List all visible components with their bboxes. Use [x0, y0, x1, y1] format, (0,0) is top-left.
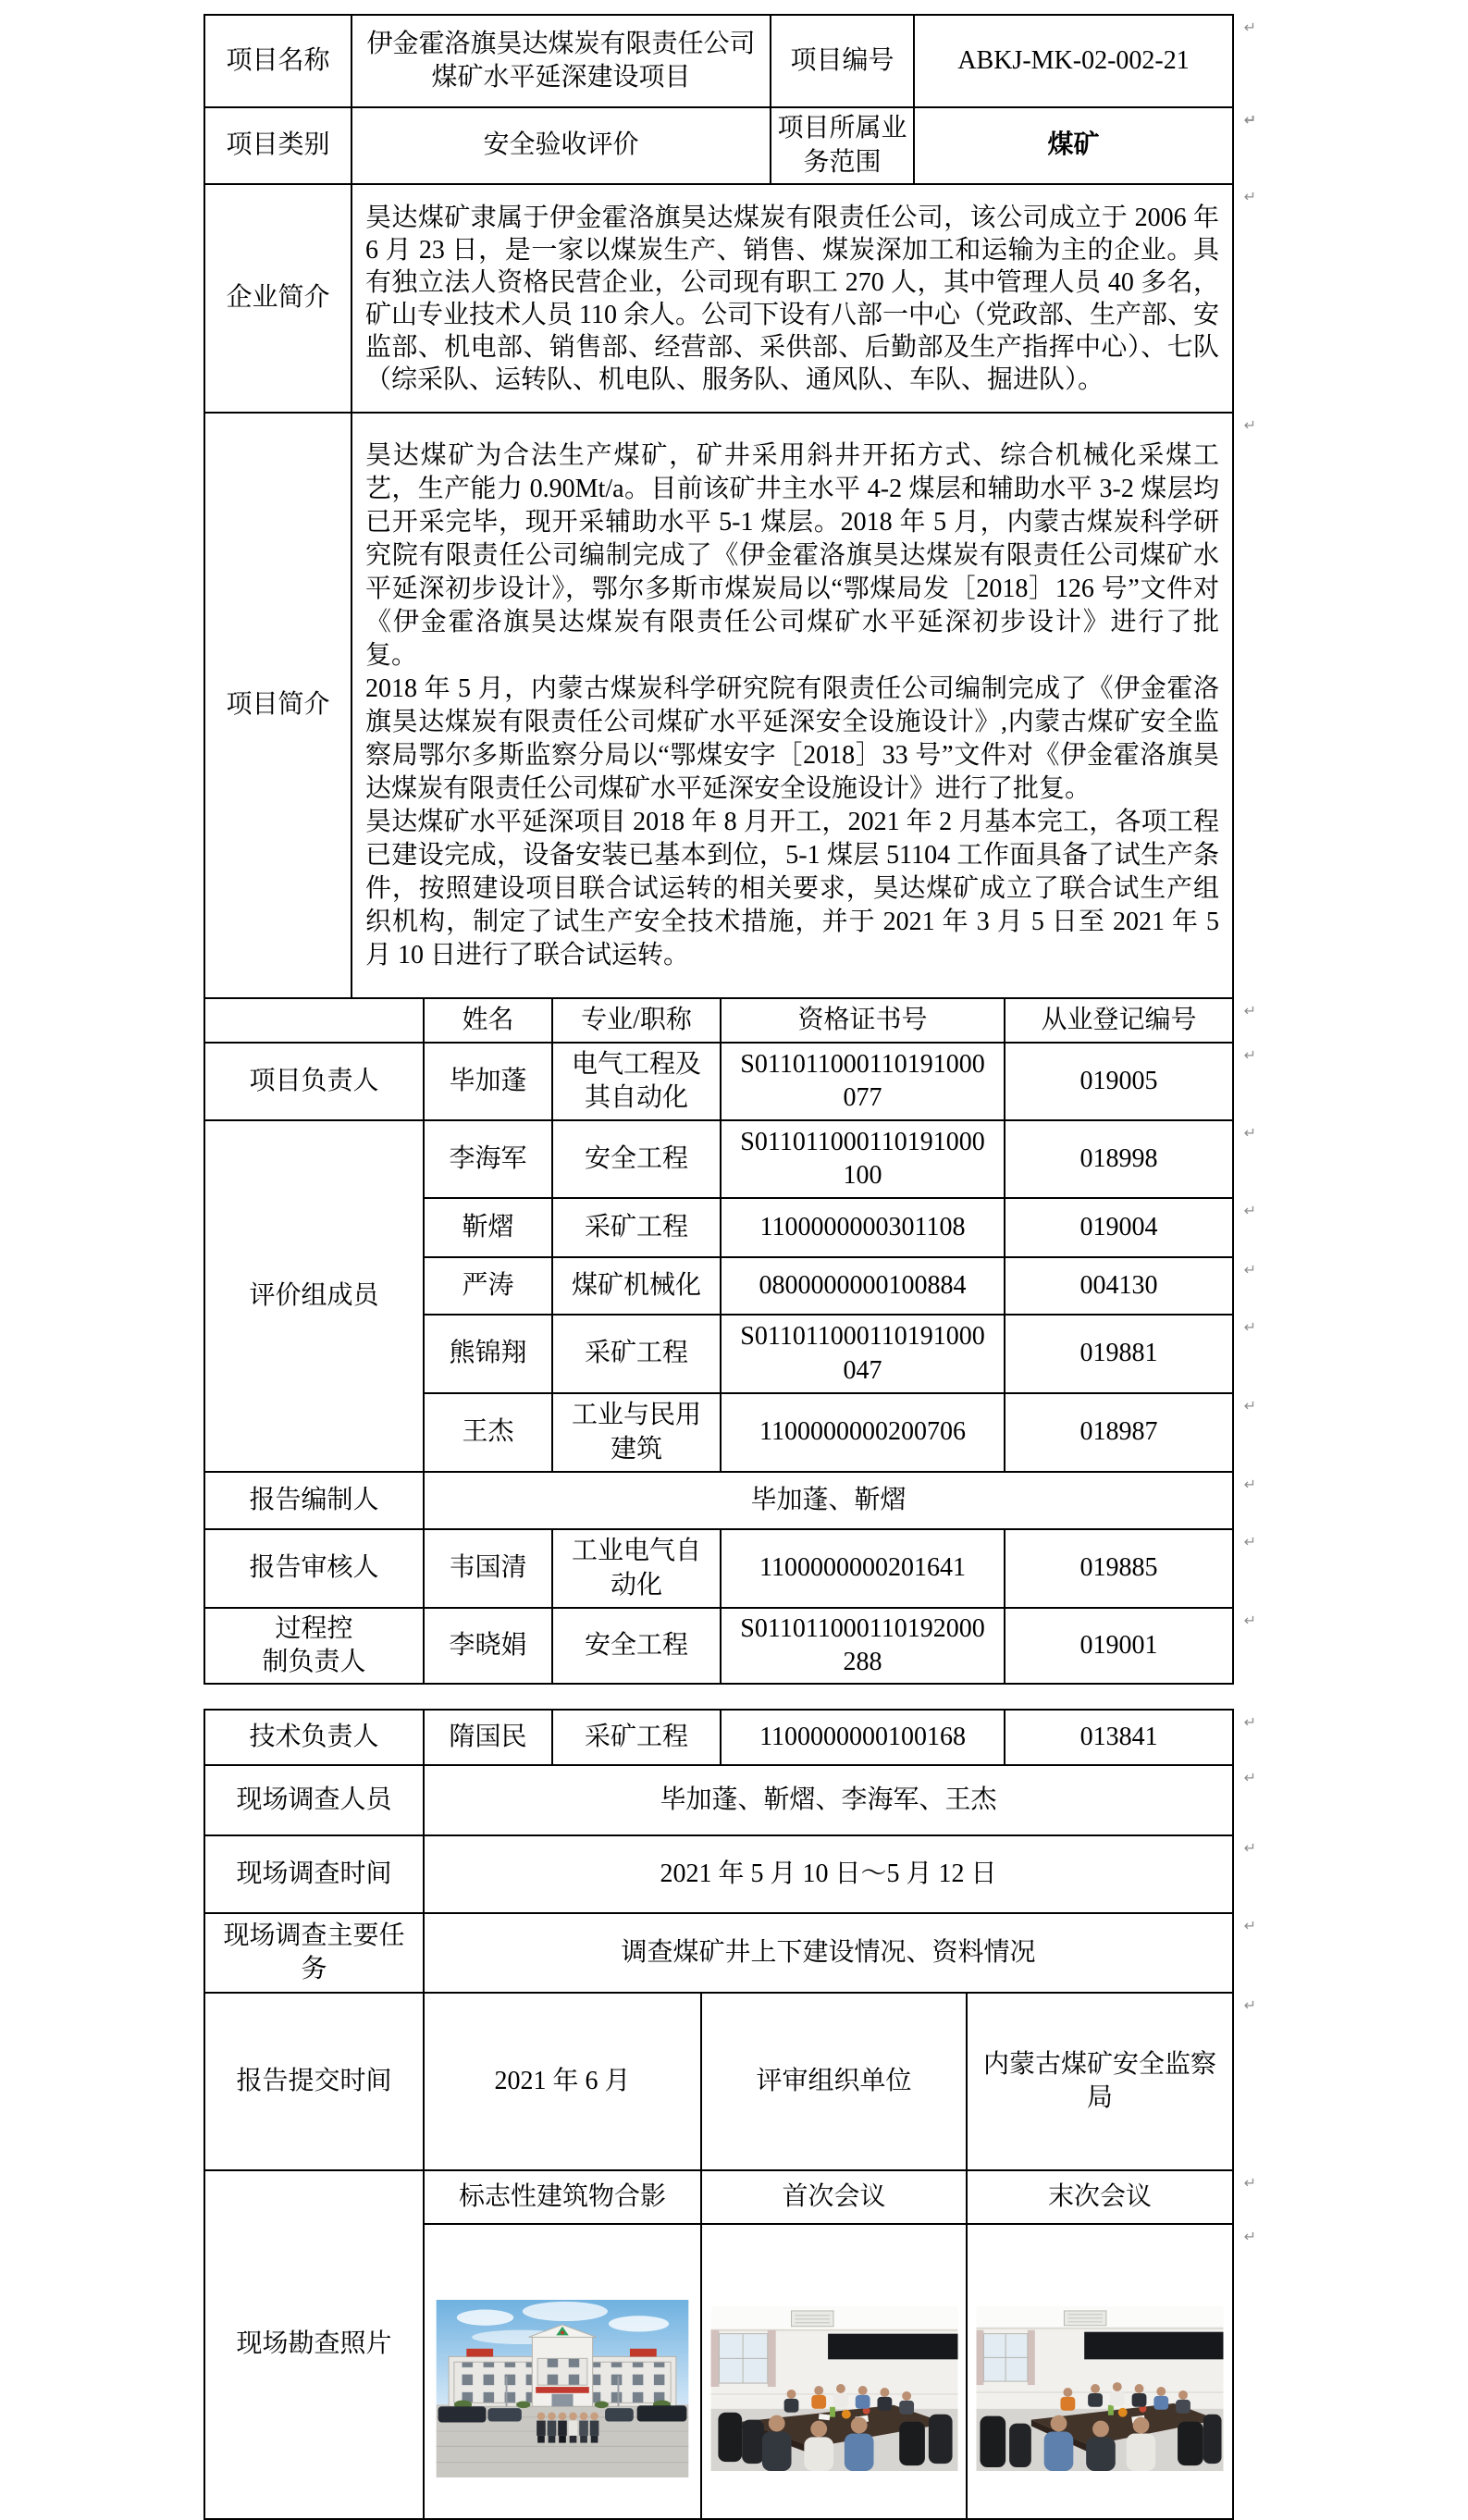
submission-label: 报告提交时间	[204, 1993, 424, 2170]
row-tech-leader: 技术负责人 隋国民 采矿工程 1100000000100168 013841	[204, 1710, 1233, 1765]
survey-task-label: 现场调查主要任 务	[204, 1913, 424, 1993]
survey-task-value: 调查煤矿井上下建设情况、资料情况	[424, 1913, 1233, 1993]
header-cert: 资格证书号	[721, 998, 1005, 1043]
reviewer-major: 工业电气自 动化	[552, 1529, 721, 1608]
photo-first-meeting-cell	[701, 2224, 967, 2519]
photo-first-meeting	[710, 2306, 958, 2471]
process-name: 李晓娟	[424, 1608, 552, 1684]
review-org-label: 评审组织单位	[701, 1993, 967, 2170]
photo-caption-building: 标志性建筑物合影	[424, 2170, 701, 2224]
project-info-table: 项目名称 伊金霍洛旗昊达煤炭有限责任公司煤矿水平延深建设项目 项目编号 ABKJ…	[204, 14, 1234, 1685]
project-no-label: 项目编号	[771, 15, 914, 107]
team-header-empty	[204, 998, 424, 1043]
member-reg: 018998	[1005, 1120, 1233, 1198]
member-reg: 019881	[1005, 1315, 1233, 1393]
leader-label: 项目负责人	[204, 1043, 424, 1120]
member-name: 靳熠	[424, 1198, 552, 1257]
tech-major: 采矿工程	[552, 1710, 721, 1765]
members-label: 评价组成员	[204, 1120, 424, 1472]
photo-building-cell	[424, 2224, 701, 2519]
surveyors-value: 毕加蓬、靳熠、李海军、王杰	[424, 1765, 1233, 1835]
submission-time: 2021 年 6 月	[424, 1993, 701, 2170]
process-cert: S011011000110192000 288	[721, 1608, 1005, 1684]
member-reg: 018987	[1005, 1393, 1233, 1472]
row-company-profile: 企业简介 昊达煤矿隶属于伊金霍洛旗昊达煤炭有限责任公司，该公司成立于 2006 …	[204, 184, 1233, 413]
member-cert: 0800000000100884	[721, 1257, 1005, 1315]
review-org-value: 内蒙古煤矿安全监察 局	[967, 1993, 1233, 2170]
header-major: 专业/职称	[552, 998, 721, 1043]
project-name-value: 伊金霍洛旗昊达煤炭有限责任公司煤矿水平延深建设项目	[352, 15, 771, 107]
tech-name: 隋国民	[424, 1710, 552, 1765]
scope-label: 项目所属业 务范围	[771, 107, 914, 184]
photo-building	[432, 2300, 693, 2477]
site-survey-table: 技术负责人 隋国民 采矿工程 1100000000100168 013841 现…	[204, 1709, 1234, 2520]
project-name-label: 项目名称	[204, 15, 352, 107]
member-name: 熊锦翔	[424, 1315, 552, 1393]
category-label: 项目类别	[204, 107, 352, 184]
member-major: 工业与民用 建筑	[552, 1393, 721, 1472]
member-cert: S011011000110191000 047	[721, 1315, 1005, 1393]
project-paragraph-2: 2018 年 5 月，内蒙古煤炭科学研究院有限责任公司编制完成了《伊金霍洛旗昊达…	[365, 673, 1219, 806]
row-survey-task: 现场调查主要任 务 调查煤矿井上下建设情况、资料情况	[204, 1913, 1233, 1993]
project-paragraph-3: 昊达煤矿水平延深项目 2018 年 8 月开工，2021 年 2 月基本完工，各…	[365, 806, 1219, 972]
company-profile-text: 昊达煤矿隶属于伊金霍洛旗昊达煤炭有限责任公司，该公司成立于 2006 年 6 月…	[352, 184, 1233, 413]
surveyors-label: 现场调查人员	[204, 1765, 424, 1835]
photo-final-meeting-cell	[967, 2224, 1233, 2519]
member-name: 严涛	[424, 1257, 552, 1315]
row-team-header: 姓名 专业/职称 资格证书号 从业登记编号	[204, 998, 1233, 1043]
photo-final-meeting	[975, 2306, 1225, 2471]
member-reg: 004130	[1005, 1257, 1233, 1315]
reviewer-cert: 1100000000201641	[721, 1529, 1005, 1608]
process-label: 过程控 制负责人	[204, 1608, 424, 1684]
reviewer-reg: 019885	[1005, 1529, 1233, 1608]
row-photo-captions: 现场勘查照片 标志性建筑物合影 首次会议 末次会议	[204, 2170, 1233, 2224]
survey-time-label: 现场调查时间	[204, 1835, 424, 1913]
tech-cert: 1100000000100168	[721, 1710, 1005, 1765]
header-reg: 从业登记编号	[1005, 998, 1233, 1043]
leader-cert: S011011000110191000 077	[721, 1043, 1005, 1120]
row-project-profile: 项目简介 昊达煤矿为合法生产煤矿，矿井采用斜井开拓方式、综合机械化采煤工艺，生产…	[204, 413, 1233, 998]
row-member-1: 评价组成员 李海军 安全工程 S011011000110191000 100 0…	[204, 1120, 1233, 1198]
project-paragraph-1: 昊达煤矿为合法生产煤矿，矿井采用斜井开拓方式、综合机械化采煤工艺，生产能力 0.…	[365, 439, 1219, 673]
row-process-controller: 过程控 制负责人 李晓娟 安全工程 S011011000110192000 28…	[204, 1608, 1233, 1684]
row-project-category: 项目类别 安全验收评价 项目所属业 务范围 煤矿	[204, 107, 1233, 184]
process-major: 安全工程	[552, 1608, 721, 1684]
reviewer-name: 韦国清	[424, 1529, 552, 1608]
scope-value: 煤矿	[914, 107, 1233, 184]
leader-reg: 019005	[1005, 1043, 1233, 1120]
project-profile-text: 昊达煤矿为合法生产煤矿，矿井采用斜井开拓方式、综合机械化采煤工艺，生产能力 0.…	[352, 413, 1233, 998]
photos-label: 现场勘查照片	[204, 2170, 424, 2519]
survey-time-value: 2021 年 5 月 10 日～5 月 12 日	[424, 1835, 1233, 1913]
row-project-name: 项目名称 伊金霍洛旗昊达煤炭有限责任公司煤矿水平延深建设项目 项目编号 ABKJ…	[204, 15, 1233, 107]
row-project-leader: 项目负责人 毕加蓬 电气工程及 其自动化 S011011000110191000…	[204, 1043, 1233, 1120]
member-cert: 1100000000200706	[721, 1393, 1005, 1472]
row-report-submission: 报告提交时间 2021 年 6 月 评审组织单位 内蒙古煤矿安全监察 局	[204, 1993, 1233, 2170]
tech-label: 技术负责人	[204, 1710, 424, 1765]
member-cert: 1100000000301108	[721, 1198, 1005, 1257]
process-reg: 019001	[1005, 1608, 1233, 1684]
header-name: 姓名	[424, 998, 552, 1043]
project-no-value: ABKJ-MK-02-002-21	[914, 15, 1233, 107]
tech-reg: 013841	[1005, 1710, 1233, 1765]
row-report-compiler: 报告编制人 毕加蓬、靳熠	[204, 1472, 1233, 1529]
member-name: 王杰	[424, 1393, 552, 1472]
member-major: 采矿工程	[552, 1315, 721, 1393]
project-profile-label: 项目简介	[204, 413, 352, 998]
leader-major: 电气工程及 其自动化	[552, 1043, 721, 1120]
company-profile-label: 企业简介	[204, 184, 352, 413]
compiler-value: 毕加蓬、靳熠	[424, 1472, 1233, 1529]
leader-name: 毕加蓬	[424, 1043, 552, 1120]
row-surveyors: 现场调查人员 毕加蓬、靳熠、李海军、王杰	[204, 1765, 1233, 1835]
photo-caption-first-meeting: 首次会议	[701, 2170, 967, 2224]
row-report-reviewer: 报告审核人 韦国清 工业电气自 动化 1100000000201641 0198…	[204, 1529, 1233, 1608]
row-survey-time: 现场调查时间 2021 年 5 月 10 日～5 月 12 日	[204, 1835, 1233, 1913]
member-reg: 019004	[1005, 1198, 1233, 1257]
member-major: 安全工程	[552, 1120, 721, 1198]
photo-caption-final-meeting: 末次会议	[967, 2170, 1233, 2224]
reviewer-label: 报告审核人	[204, 1529, 424, 1608]
category-value: 安全验收评价	[352, 107, 771, 184]
member-cert: S011011000110191000 100	[721, 1120, 1005, 1198]
member-name: 李海军	[424, 1120, 552, 1198]
compiler-label: 报告编制人	[204, 1472, 424, 1529]
member-major: 采矿工程	[552, 1198, 721, 1257]
member-major: 煤矿机械化	[552, 1257, 721, 1315]
